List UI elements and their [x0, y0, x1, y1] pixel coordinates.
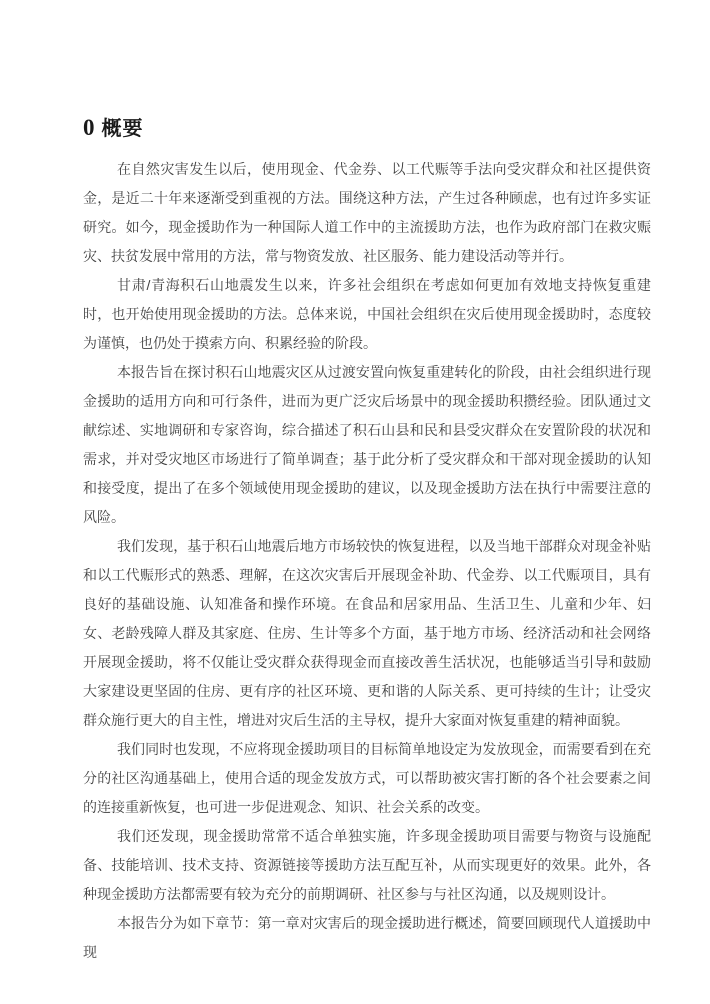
- paragraph: 我们发现，基于积石山地震后地方市场较快的恢复进程，以及当地干部群众对现金补贴和以…: [83, 532, 651, 735]
- paragraph: 甘肃/青海积石山地震发生以来，许多社会组织在考虑如何更加有效地支持恢复重建时，也…: [83, 271, 651, 358]
- paragraphs-container: 在自然灾害发生以后，使用现金、代金券、以工代赈等手法向受灾群众和社区提供资金，是…: [83, 155, 651, 967]
- heading-title: 概要: [102, 118, 144, 140]
- paragraph: 我们同时也发现，不应将现金援助项目的目标简单地设定为发放现金，而需要看到在充分的…: [83, 735, 651, 822]
- paragraph: 我们还发现，现金援助常常不适合单独实施，许多现金援助项目需要与物资与设施配备、技…: [83, 822, 651, 909]
- section-heading: 0概要: [83, 114, 144, 143]
- document-page: 0概要 在自然灾害发生以后，使用现金、代金券、以工代赈等手法向受灾群众和社区提供…: [0, 0, 710, 1004]
- paragraph: 在自然灾害发生以后，使用现金、代金券、以工代赈等手法向受灾群众和社区提供资金，是…: [83, 155, 651, 271]
- heading-number: 0: [83, 115, 95, 140]
- paragraph: 本报告分为如下章节：第一章对灾害后的现金援助进行概述，简要回顾现代人道援助中现: [83, 909, 651, 967]
- paragraph: 本报告旨在探讨积石山地震灾区从过渡安置向恢复重建转化的阶段，由社会组织进行现金援…: [83, 358, 651, 532]
